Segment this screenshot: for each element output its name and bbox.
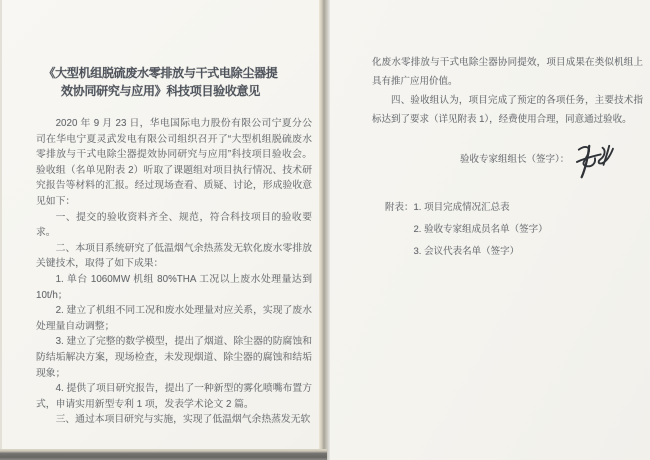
paragraph-intro: 2020 年 9 月 23 日，华电国际电力股份有限公司宁夏分公司在华电宁夏灵武… <box>36 116 312 210</box>
document-title: 《大型机组脱硫废水零排放与干式电除尘器提 效协同研究与应用》科技项目验收意见 <box>10 64 311 100</box>
paragraph-result-2: 2. 建立了机组不同工况和废水处理量对应关系，实现了废水处理量自动调整； <box>36 303 312 334</box>
title-line-1: 《大型机组脱硫废水零排放与干式电除尘器提 <box>10 64 311 82</box>
attachment-item-1: 1. 项目完成情况汇总表 <box>414 197 548 219</box>
signature-row: 验收专家组组长（签字）： <box>460 151 650 181</box>
paragraph-item-3: 三、通过本项目研究与实施，实现了低温烟气余热蒸发无软 <box>36 412 312 428</box>
paragraph-item-1: 一、提交的验收资料齐全、规范，符合科技项目的验收要求。 <box>36 210 312 241</box>
scanned-document-view: 《大型机组脱硫废水零排放与干式电除尘器提 效协同研究与应用》科技项目验收意见 2… <box>0 0 650 460</box>
paragraph-item-2: 二、本项目系统研究了低温烟气余热蒸发无软化废水零排放关键技术，取得了如下成果： <box>36 241 312 272</box>
attachment-item-2: 2. 验收专家组成员名单（签字） <box>414 219 548 241</box>
attachments-label: 附表： <box>385 197 414 263</box>
document-page-left: 《大型机组脱硫废水零排放与干式电除尘器提 效协同研究与应用》科技项目验收意见 2… <box>0 0 321 450</box>
attachment-item-3: 3. 会议代表名单（签字） <box>414 241 548 263</box>
page-gutter-shadow <box>319 0 330 460</box>
title-line-2: 效协同研究与应用》科技项目验收意见 <box>10 82 311 100</box>
left-page-body: 2020 年 9 月 23 日，华电国际电力股份有限公司宁夏分公司在华电宁夏灵武… <box>36 116 312 428</box>
attachments-block: 附表： 1. 项目完成情况汇总表 2. 验收专家组成员名单（签字） 3. 会议代… <box>385 197 650 263</box>
paragraph-result-3: 3. 建立了完整的数学模型，提出了烟道、除尘器的防腐蚀和防结垢解决方案，现场检查… <box>36 334 312 381</box>
right-page-body: 化废水零排放与干式电除尘器协同提效，项目成果在类似机组上具有推广应用价值。 四、… <box>372 53 643 129</box>
document-page-right: 化废水零排放与干式电除尘器协同提效，项目成果在类似机组上具有推广应用价值。 四、… <box>330 0 650 460</box>
signature-label: 验收专家组组长（签字）： <box>460 151 569 165</box>
paragraph-item-4: 四、验收组认为，项目完成了预定的各项任务，主要技术指标达到了要求（详见附表 1）… <box>372 91 643 129</box>
handwritten-signature <box>571 143 617 181</box>
paragraph-result-4: 4. 提供了项目研究报告，提出了一种新型的雾化喷嘴布置方式，申请实用新型专利 1… <box>36 381 312 412</box>
paragraph-continuation: 化废水零排放与干式电除尘器协同提效，项目成果在类似机组上具有推广应用价值。 <box>372 53 643 91</box>
scan-edge-shadow <box>0 449 327 460</box>
paragraph-result-1: 1. 单台 1060MW 机组 80%THA 工况以上废水处理量达到 10t/h… <box>36 272 312 303</box>
attachments-list: 1. 项目完成情况汇总表 2. 验收专家组成员名单（签字） 3. 会议代表名单（… <box>414 197 548 263</box>
